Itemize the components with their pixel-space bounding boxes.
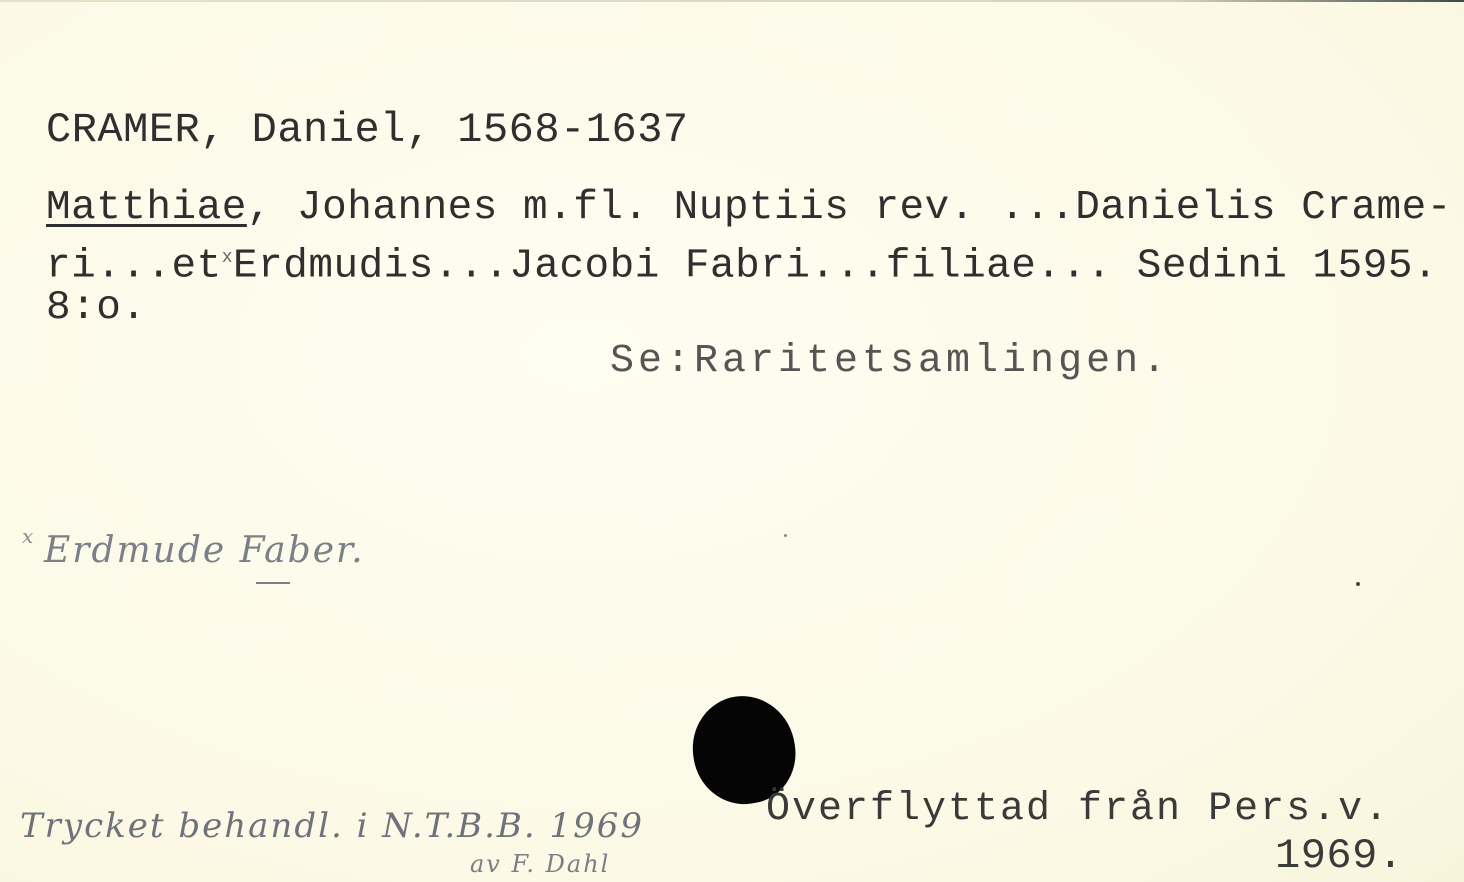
handwritten-marker: x (22, 524, 35, 548)
handwritten-treatment-signature: av F. Dahl (470, 850, 610, 878)
ink-speck (1356, 582, 1360, 586)
card-top-edge (0, 0, 1464, 2)
handwritten-underline (256, 582, 290, 584)
handwritten-treatment-note: Trycket behandl. i N.T.B.B. 1969 (20, 806, 644, 846)
transfer-year: 1969. (1275, 832, 1404, 880)
entry-line-2-start: ri...et (46, 244, 222, 290)
footnote-marker: x (222, 248, 233, 268)
see-reference: Se:Raritetsamlingen. (610, 338, 1170, 386)
entry-line-2-rest: Erdmudis...Jacobi Fabri...filiae... Sedi… (233, 244, 1438, 290)
entry-format: 8:o. (46, 284, 146, 332)
ink-speck (784, 534, 787, 537)
catalog-card: CRAMER, Daniel, 1568-1637 Matthiae, Joha… (0, 0, 1464, 882)
entry-line-1-rest: , Johannes m.fl. Nuptiis rev. ...Danieli… (247, 185, 1452, 231)
handwritten-name-note: Erdmude Faber. (44, 530, 365, 571)
entry-author: Matthiae (46, 185, 247, 231)
transfer-note: Överflyttad från Pers.v. (766, 786, 1390, 834)
entry-line-2: ri...etxErdmudis...Jacobi Fabri...filiae… (46, 234, 1438, 291)
card-heading: CRAMER, Daniel, 1568-1637 (46, 106, 689, 154)
entry-line-1: Matthiae, Johannes m.fl. Nuptiis rev. ..… (46, 184, 1452, 232)
